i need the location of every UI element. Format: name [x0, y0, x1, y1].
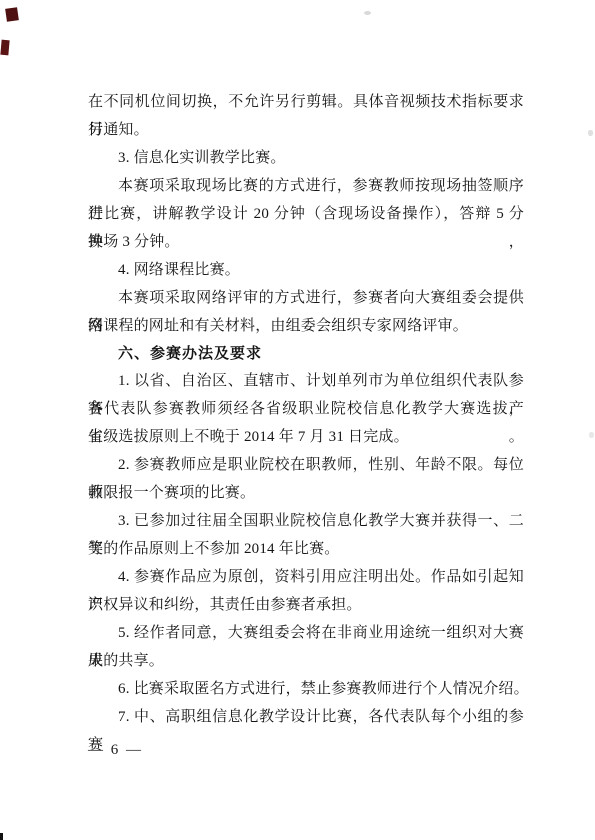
scan-artifact-bottom-left — [0, 833, 3, 840]
text-line: 1. 以省、自治区、直辖市、计划单列市为单位组织代表队参赛， — [88, 368, 524, 396]
text-line: 3. 已参加过往届全国职业院校信息化教学大赛并获得一、二等 — [88, 508, 524, 536]
section-heading: 六、参赛办法及要求 — [88, 340, 524, 368]
scan-speck-right-2 — [589, 432, 594, 438]
text-line: 6. 比赛采取匿名方式进行，禁止参赛教师进行个人情况介绍。 — [88, 676, 524, 704]
text-line: 行通知。 — [88, 117, 524, 145]
scan-artifact-mark-2 — [0, 40, 9, 56]
text-line: 奖的作品原则上不参加 2014 年比赛。 — [88, 536, 524, 564]
text-line: 师限报一个赛项的比赛。 — [88, 480, 524, 508]
text-line: 2. 参赛教师应是职业院校在职教师，性别、年龄不限。每位教 — [88, 452, 524, 480]
text-line: 络课程的网址和有关材料，由组委会组织专家网络评审。 — [88, 313, 524, 341]
document-page: 在不同机位间切换，不允许另行剪辑。具体音视频技术指标要求另行通知。3. 信息化实… — [0, 0, 595, 840]
text-line: 本赛项采取现场比赛的方式进行，参赛教师按现场抽签顺序进 — [88, 173, 524, 201]
text-line: 4. 参赛作品应为原创，资料引用应注明出处。作品如引起知识 — [88, 564, 524, 592]
text-line: 4. 网络课程比赛。 — [88, 257, 524, 285]
text-line: 5. 经作者同意，大赛组委会将在非商业用途统一组织对大赛成 — [88, 620, 524, 648]
text-line: 行比赛，讲解教学设计 20 分钟（含现场设备操作），答辩 5 分钟， — [88, 201, 524, 229]
text-line: 本赛项采取网络评审的方式进行，参赛者向大赛组委会提供网 — [88, 285, 524, 313]
text-block: 在不同机位间切换，不允许另行剪辑。具体音视频技术指标要求另行通知。3. 信息化实… — [88, 89, 524, 732]
text-line: 果的共享。 — [88, 648, 524, 676]
scan-speck-top — [364, 11, 371, 15]
text-line: 在不同机位间切换，不允许另行剪辑。具体音视频技术指标要求另 — [88, 89, 524, 117]
text-line: 产权异议和纠纷，其责任由参赛者承担。 — [88, 592, 524, 620]
text-line: 3. 信息化实训教学比赛。 — [88, 145, 524, 173]
text-line: 各代表队参赛教师须经各省级职业院校信息化教学大赛选拔产生。 — [88, 396, 524, 424]
scan-speck-right-1 — [588, 130, 593, 136]
text-line: 7. 中、高职组信息化教学设计比赛，各代表队每个小组的参赛 — [88, 704, 524, 732]
page-number: — 6 — — [88, 742, 143, 759]
scan-artifact-mark-1 — [5, 7, 19, 22]
